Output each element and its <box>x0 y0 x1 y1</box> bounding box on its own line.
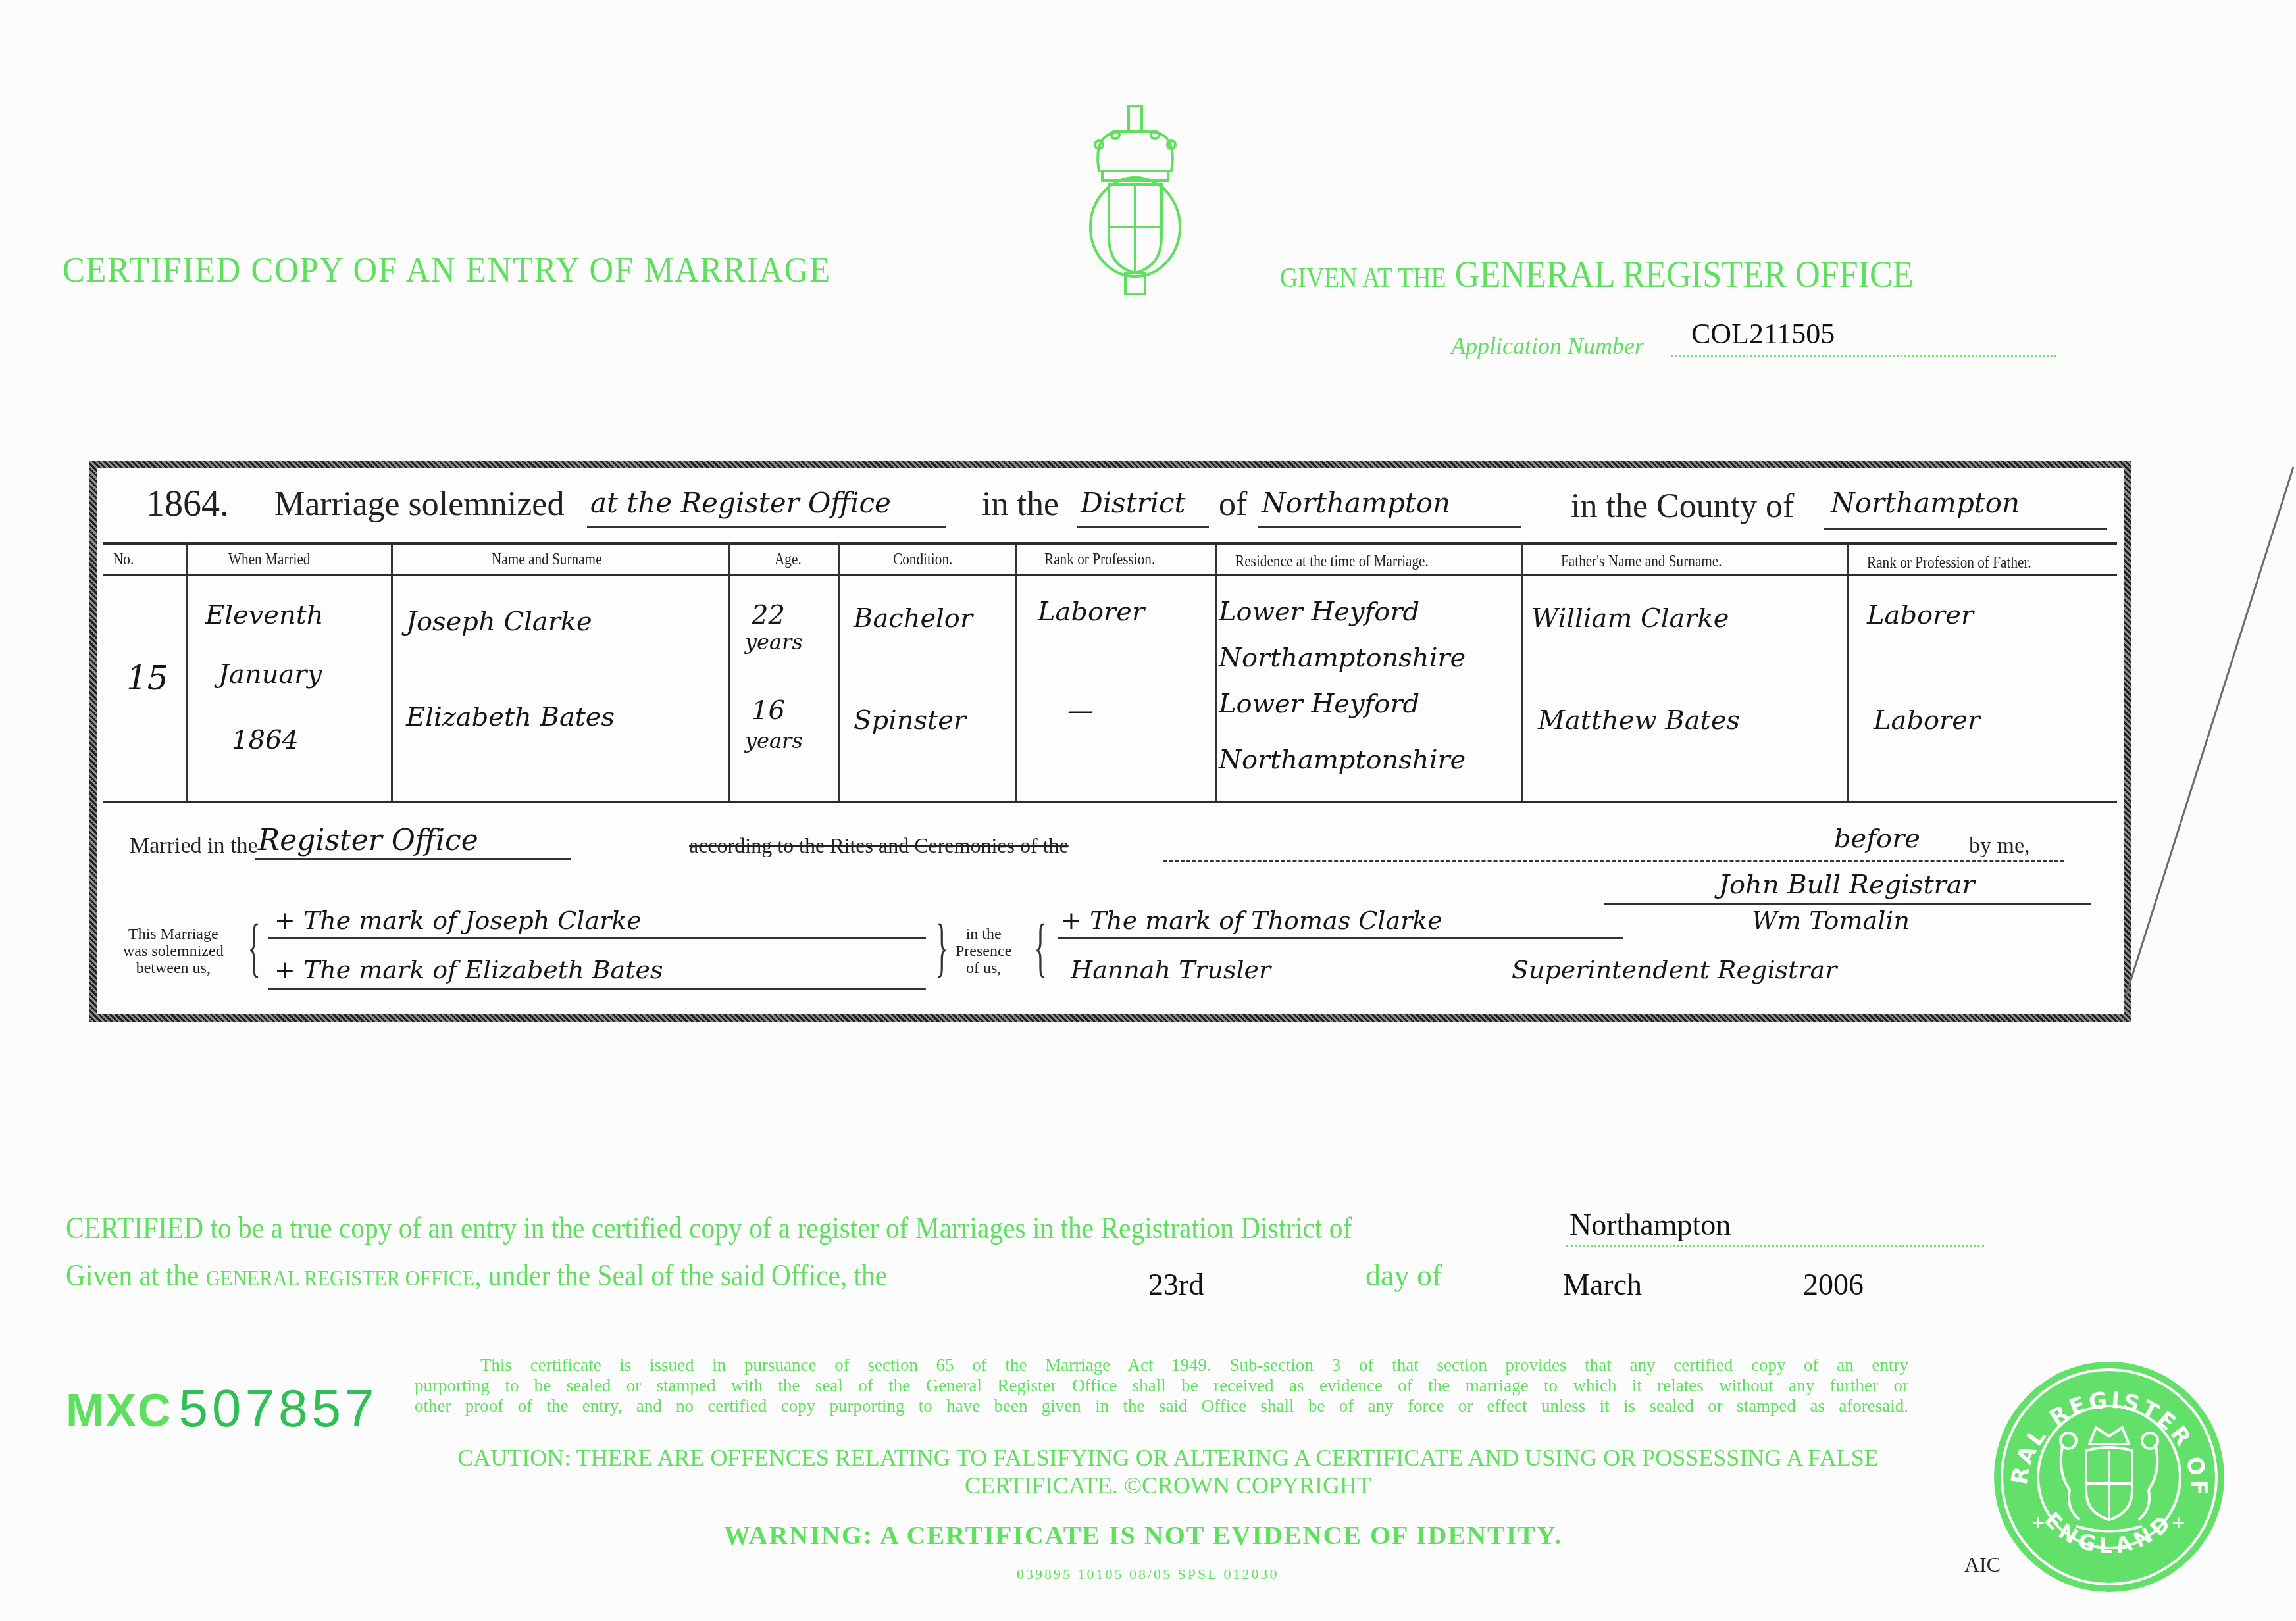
bride-profession: — <box>1067 695 1094 726</box>
bride-mark-underline <box>268 988 926 990</box>
bride-name: Elizabeth Bates <box>406 702 615 732</box>
col-header-father-profession: Rank or Profession of Father. <box>1867 554 2031 572</box>
bride-age-unit: years <box>745 728 803 753</box>
witness-1: + The mark of Thomas Clarke <box>1061 906 1442 935</box>
groom-name: Joseph Clarke <box>406 607 592 637</box>
given-at-office-heading: Given at the GENERAL REGISTER OFFICE <box>1280 252 1914 296</box>
certification-year: 2006 <box>1803 1267 1864 1302</box>
witness-2: Hannah Trusler <box>1071 955 1271 984</box>
certification-month: March <box>1563 1267 1642 1302</box>
district-dotted-line <box>1566 1245 1984 1247</box>
registrar-signature: John Bull Registrar <box>1719 870 1975 900</box>
rites-label: according to the Rites and Ceremonies of… <box>689 834 1069 858</box>
certification-district: Northampton <box>1569 1207 1731 1242</box>
legal-line-1: This certificate is issued in pursuance … <box>415 1355 1908 1376</box>
before-value: before <box>1834 824 1920 854</box>
groom-residence-line2: Northamptonshire <box>1219 643 1466 673</box>
marriage-register-entry: 1864. Marriage solemnized at the Registe… <box>89 461 2131 1022</box>
solemnized-between-line3: between us, <box>123 960 224 977</box>
presence-line1: in the <box>956 926 1011 943</box>
warning-notice: WARNING: A CERTIFICATE IS NOT EVIDENCE O… <box>724 1520 1562 1551</box>
married-in-value: Register Office <box>258 824 478 857</box>
legal-line-2: purporting to be sealed or stamped with … <box>415 1376 1908 1396</box>
solemnized-place-underline <box>587 526 946 528</box>
solemnized-between-label: This Marriage was solemnized between us, <box>123 926 224 977</box>
paper-edge-line <box>2126 447 2296 1000</box>
serial-number: 507857 <box>179 1379 378 1437</box>
bride-age: 16 <box>752 695 785 726</box>
county-label: in the County of <box>1571 487 1794 526</box>
of-label: of <box>1219 485 1247 524</box>
groom-condition: Bachelor <box>854 603 973 634</box>
given-at-prefix: Given at the <box>1280 263 1446 293</box>
application-number-label: Application Number <box>1451 332 1644 360</box>
presence-label: in the Presence of us, <box>956 926 1011 977</box>
district-value: Northampton <box>1262 487 1450 519</box>
register-year-value: 1864 <box>146 484 220 524</box>
witness-1-underline <box>1058 937 1623 939</box>
col-header-age: Age. <box>775 551 802 569</box>
royal-crest-icon <box>1086 105 1185 296</box>
certificate-title: CERTIFIED COPY OF AN ENTRY OF MARRIAGE <box>63 249 831 290</box>
when-married-month: January <box>218 659 322 689</box>
given-at-office: GENERAL REGISTER OFFICE <box>1455 253 1914 295</box>
solemnized-between-line1: This Marriage <box>123 926 224 943</box>
left-brace: { <box>247 909 260 985</box>
entry-number: 15 <box>126 659 168 697</box>
day-of-label: day of <box>1365 1258 1442 1293</box>
married-in-underline <box>255 858 571 860</box>
col-header-father-name: Father's Name and Surname. <box>1561 553 1722 571</box>
when-married-day: Eleventh <box>205 600 324 630</box>
in-the-label: in the <box>982 485 1059 524</box>
solemnized-between-line2: was solemnized <box>123 943 224 960</box>
svg-text:+: + <box>2031 1510 2045 1536</box>
district-type-underline <box>1077 526 1209 528</box>
certification-line-2: Given at the General Register Office, un… <box>66 1258 887 1293</box>
bride-father-profession: Laborer <box>1874 705 1980 736</box>
col-divider <box>1847 542 1849 802</box>
groom-age: 22 <box>752 600 785 630</box>
col-divider <box>391 542 393 802</box>
certificate-serial-number: MXC507857 <box>66 1378 378 1439</box>
registrar-underline <box>1604 903 2091 905</box>
married-in-label: Married in the <box>130 834 258 859</box>
column-header-rule <box>103 574 2117 576</box>
col-divider <box>838 542 840 802</box>
solemnized-label: Marriage solemnized <box>274 485 564 524</box>
register-year: 1864. <box>146 483 229 525</box>
form-code: 039895 10105 08/05 SPSL 012030 <box>1017 1566 1279 1583</box>
superintendent-name: Wm Tomalin <box>1752 906 1910 935</box>
cert-line2-prefix: Given at the <box>66 1259 199 1292</box>
when-married-year: 1864 <box>232 725 299 755</box>
certification-day: 23rd <box>1148 1267 1204 1302</box>
bride-residence-line1: Lower Heyford <box>1219 689 1419 719</box>
rites-underline <box>1163 860 2064 862</box>
by-me-label: by me, <box>1969 834 2030 859</box>
col-header-no: No. <box>113 551 134 569</box>
presence-line3: of us, <box>956 960 1011 977</box>
col-divider <box>1015 542 1017 802</box>
right-brace: } <box>935 909 948 985</box>
entry-bottom-rule <box>103 801 2117 803</box>
col-header-when-married: When Married <box>228 551 310 569</box>
header-rule <box>103 542 2117 545</box>
col-divider <box>1215 542 1217 802</box>
cert-line2-suffix: , under the Seal of the said Office, the <box>474 1259 887 1292</box>
groom-mark: + The mark of Joseph Clarke <box>274 906 642 935</box>
application-number-value: COL211505 <box>1691 317 1835 351</box>
col-divider <box>728 542 730 802</box>
application-number-dotted-line <box>1671 355 2056 357</box>
solemnized-place: at the Register Office <box>590 487 891 519</box>
bride-residence-line2: Northamptonshire <box>1219 745 1466 775</box>
superintendent-title: Superintendent Registrar <box>1512 955 1837 984</box>
col-header-name: Name and Surname <box>492 551 602 569</box>
groom-mark-underline <box>268 937 926 939</box>
presence-brace: { <box>1034 909 1046 985</box>
legal-line-3: other proof of the entry, and no certifi… <box>415 1396 1908 1416</box>
bride-father-name: Matthew Bates <box>1538 705 1740 736</box>
district-type: District <box>1081 487 1185 519</box>
bride-condition: Spinster <box>854 705 966 736</box>
col-header-profession: Rank or Profession. <box>1044 551 1155 569</box>
caution-notice: CAUTION: THERE ARE OFFENCES RELATING TO … <box>434 1444 1902 1499</box>
col-header-residence: Residence at the time of Marriage. <box>1235 553 1429 571</box>
cert-line2-office: General Register Office <box>206 1266 475 1291</box>
groom-age-unit: years <box>745 630 803 655</box>
serial-prefix: MXC <box>66 1385 172 1436</box>
district-underline <box>1258 526 1521 528</box>
county-underline <box>1824 528 2107 530</box>
svg-text:+: + <box>2172 1510 2185 1536</box>
general-register-office-seal-icon: GENERAL REGISTER OFFICE ENGLAND + + <box>1991 1359 2228 1595</box>
groom-profession: Laborer <box>1038 597 1144 627</box>
presence-line2: Presence <box>956 943 1011 960</box>
groom-father-profession: Laborer <box>1867 600 1974 630</box>
groom-residence-line1: Lower Heyford <box>1219 597 1419 627</box>
groom-father-name: William Clarke <box>1531 603 1729 634</box>
certification-line-1: CERTIFIED to be a true copy of an entry … <box>66 1210 1352 1245</box>
col-divider <box>1521 542 1523 802</box>
legal-notice: This certificate is issued in pursuance … <box>415 1355 1908 1416</box>
col-divider <box>186 542 188 802</box>
bride-mark: + The mark of Elizabeth Bates <box>274 955 663 984</box>
col-header-condition: Condition. <box>893 551 952 569</box>
county-value: Northampton <box>1831 487 2020 519</box>
